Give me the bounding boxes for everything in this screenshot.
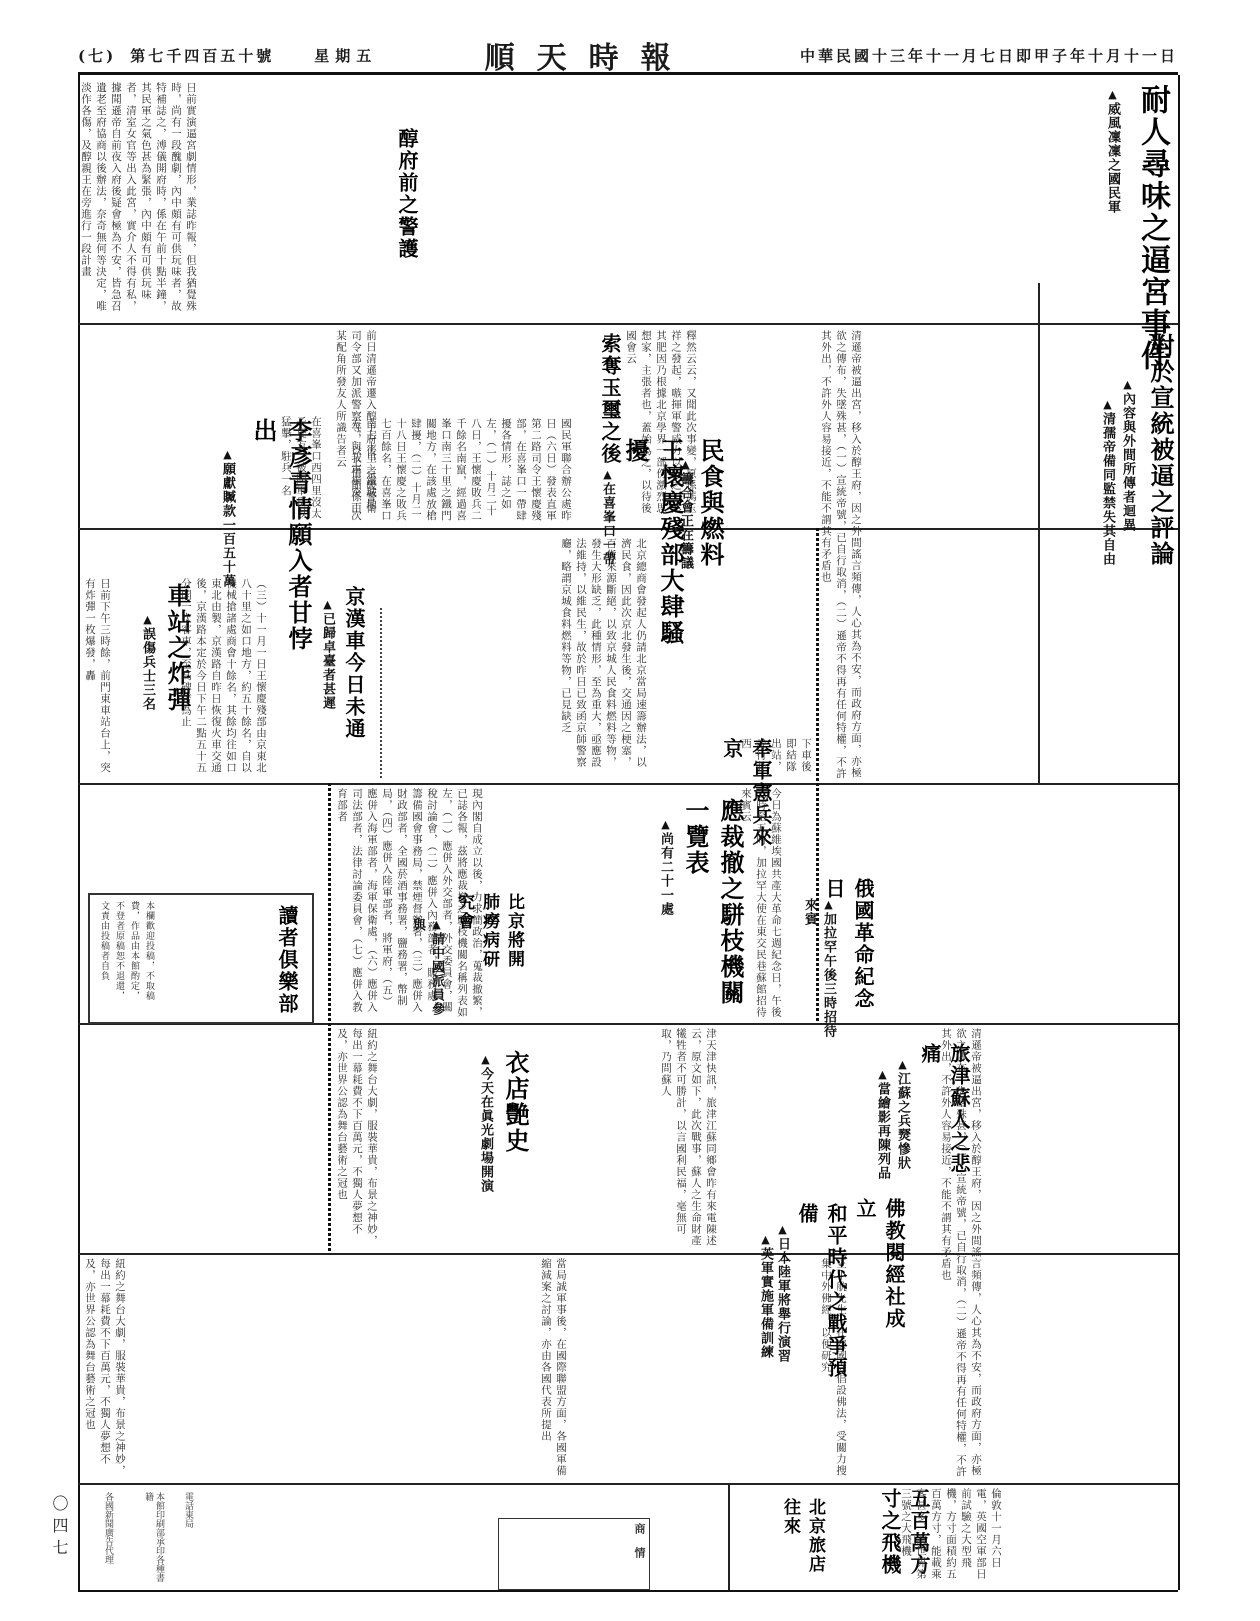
subhead-soviet-anniversary: ▲加拉罕午後三時招待來賓	[800, 898, 838, 1038]
issue-date: 中華民國十三年十一月七日即甲子年十月十一日	[800, 45, 1178, 66]
subhead-commentary-1: ▲內容與外間所傳者迴異	[1118, 378, 1137, 628]
article-clothing-store: 紐約之舞台大劇，服裝華貴，布景之神妙，每出一幕耗費不下百萬元，不獨人夢想不及，亦…	[334, 1028, 469, 1248]
column-divider	[728, 1483, 730, 1590]
subhead-tianjin-jiangsu-1: ▲江蘇之兵燹慘狀	[893, 1058, 912, 1178]
article-body: 清遜帝被逼出宮，移入於醇王府，因之外間謠言頻傳，人心其為不安，而政府方面，亦極欲…	[818, 330, 863, 780]
weekday: 星期五	[314, 45, 377, 66]
article-body: （三）十一月一日王懷慶殘部由京東北八十里之如口地方，約五十餘名，自以機械搶諸處商…	[178, 578, 268, 778]
article-body: 津天津快訊，旅津江蘇同鄉會昨有來電陳述云，原文如下，此次戰事，蘇人之生命財產犧牲…	[658, 1028, 718, 1248]
tier-rule-3	[78, 783, 1178, 785]
article-jinghan-railway: （三）十一月一日王懷慶殘部由京東北八十里之如口地方，約五十餘名，自以機械搶諸處商…	[178, 578, 313, 778]
readers-club-box: 讀者俱樂部 本欄歡迎投稿，不取稿費，作品由本館酌定，不登者原稿恕不退還，文責由投…	[88, 893, 314, 1024]
headline-wang-huaiqing: 王懷慶殘部大肆騷擾	[618, 438, 688, 668]
subhead-railway-bomb: ▲誤傷兵士三名	[138, 613, 157, 733]
ad-item: 本館印刷部承印各種書籍	[142, 1492, 164, 1582]
headline-jinghan-railway: 京漢車今日未通	[340, 586, 369, 756]
page-marker: (七)	[78, 45, 116, 66]
headline-beijing-travel: 北京旅店往來	[778, 1498, 828, 1588]
headline-buddhist-sutra: 佛教閱經社成立	[851, 1198, 909, 1348]
article-li-yanqing: 在喜峯口西四里沒太子堤方，被國軍岳以猛擊，駐兵一名	[278, 416, 338, 521]
article-right-lower: 清遜帝被逼出宮，移入於醇王府，因之外間謠言頻傳，人心其為不安，而政府方面，亦極欲…	[938, 1028, 1174, 1478]
advertisements: 本館印刷部承印各種書籍 各國新聞廣告代理 電話東局	[82, 1488, 482, 1588]
newspaper-title: 順天時報	[485, 33, 693, 77]
article-five-million: 倫敦十一月六日電，英國空軍部日前試驗之大型飛機，方寸面積約五百萬方寸，能載乘客甚…	[898, 1488, 1174, 1588]
article-wang-huaiqing: 國民軍聯合辦公處昨日（六日）發表直軍第二路司令王懷慶殘部，在喜峯口一帶肆擾各情形…	[348, 418, 588, 523]
article-body: 日昨下午四時，天津開到京站之車內，載有奉派之憲兵二十二名，由排長王四齊率領，下車…	[738, 738, 813, 783]
subhead-wang-huaiqing: ▲在喜峯口一帶	[598, 468, 617, 618]
article-body: 日前實演逼宮劇情形，業誌昨報，但我猶覺殊時，尚有一段醜劇，內中頗有可供玩味者，故…	[78, 82, 198, 320]
page-number: 〇四七	[48, 1495, 71, 1561]
article-commentary: 清遜帝被逼出宮，移入於醇王府，因之外間謠言頻傳，人心其為不安，而政府方面，亦極欲…	[818, 330, 1093, 780]
article-railway-bomb: 日前下午三時餘，前門東車站台上，突有炸彈一枚爆發，轟	[82, 578, 134, 778]
article-body: 紐約之舞台大劇，服裝華貴，布景之神妙，每出一幕耗費不下百萬元，不獨人夢想不及，亦…	[334, 1028, 379, 1248]
headline-peacetime-war: 和平時代之戰爭預備	[793, 1203, 851, 1383]
issue-number: 第七千四百五十號	[130, 45, 274, 66]
headline-prince-chun: 醇府前之警護	[393, 128, 422, 268]
headline-commentary: 對於宣統被逼之評論	[1143, 333, 1178, 633]
masthead: (七) 第七千四百五十號 星期五 順天時報 中華民國十三年十一月七日即甲子年十月…	[78, 38, 1178, 72]
article-body: 國民軍聯合辦公處昨日（六日）發表直軍第二路司令王懷慶殘部，在喜峯口一帶肆擾各情形…	[348, 418, 573, 523]
subhead-peacetime-war-1: ▲日本陸軍將舉行演習	[773, 1223, 792, 1373]
subhead-palace-event: ▲威風凜凜之國民軍	[1103, 88, 1122, 328]
subhead-agency-list: ▲尚有二十一處	[656, 818, 675, 938]
subhead-tianjin-jiangsu-2: ▲當繪影再陳列品	[873, 1068, 892, 1188]
ad-item: 電話東局	[182, 1492, 193, 1582]
article-peacetime-war: 當局誠軍事後，在國際聯盟方面，各國軍備縮減案之討論，亦由各國代表所提出	[538, 1258, 748, 1478]
ad-item: 各國新聞廣告代理	[102, 1492, 113, 1582]
subhead-peacetime-war-2: ▲英軍實施軍備訓練	[756, 1233, 775, 1383]
wavy-rule	[380, 608, 382, 778]
headline-clothing-store: 衣店艷史	[498, 1050, 533, 1160]
article-body: 倫敦十一月六日電，英國空軍部日前試驗之大型飛機，方寸面積約五百萬方寸，能載乘客甚…	[898, 1488, 1003, 1588]
subhead-commentary-2: ▲清孺帝備同監禁失其自由	[1098, 398, 1117, 648]
bottom-rule	[78, 1590, 1178, 1592]
headline-tb-location: 比京將開肺癆病研究會	[452, 893, 527, 973]
subhead-jinghan-1: ▲已歸卓臺者甚遲	[318, 598, 337, 748]
article-body: 在喜峯口西四里沒太子堤方，被國軍岳以猛擊，駐兵一名	[278, 416, 323, 521]
headline-readers-club: 讀者俱樂部	[273, 905, 302, 1015]
dotted-divider	[328, 783, 331, 1253]
article-body: 當局誠軍事後，在國際聯盟方面，各國軍備縮減案之討論，亦由各國代表所提出	[538, 1258, 568, 1478]
subhead-tb-research: ▲請中國派員參與	[408, 918, 446, 1018]
article-palace-event: 日前實演逼宮劇情形，業誌昨報，但我猶覺殊時，尚有一段醜劇，內中頗有可供玩味者，故…	[78, 82, 1096, 320]
market-table: 商 情	[498, 1518, 650, 1590]
subhead-clothing-store: ▲今天在眞光劇場開演	[476, 1053, 495, 1253]
tier-rule-1	[78, 323, 1178, 325]
headline-agency-list: 應裁撤之駢枝機關一覽表	[678, 798, 748, 1018]
newspaper-page: (七) 第七千四百五十號 星期五 順天時報 中華民國十三年十一月七日即甲子年十月…	[78, 38, 1178, 1593]
tier-rule-6	[78, 1483, 1178, 1485]
article-left-lower: 紐約之舞台大劇，服裝華貴，布景之神妙，每出一幕耗費不下百萬元，不獨人夢想不及，亦…	[82, 1258, 532, 1478]
article-body: 日前下午三時餘，前門東車站台上，突有炸彈一枚爆發，轟	[82, 578, 112, 778]
article-fengtian-mp: 日昨下午四時，天津開到京站之車內，載有奉派之憲兵二十二名，由排長王四齊率領，下車…	[738, 738, 813, 783]
readers-club-notice: 本欄歡迎投稿，不取稿費，作品由本館酌定，不登者原稿恕不退還，文責由投稿者自負	[96, 901, 246, 1006]
